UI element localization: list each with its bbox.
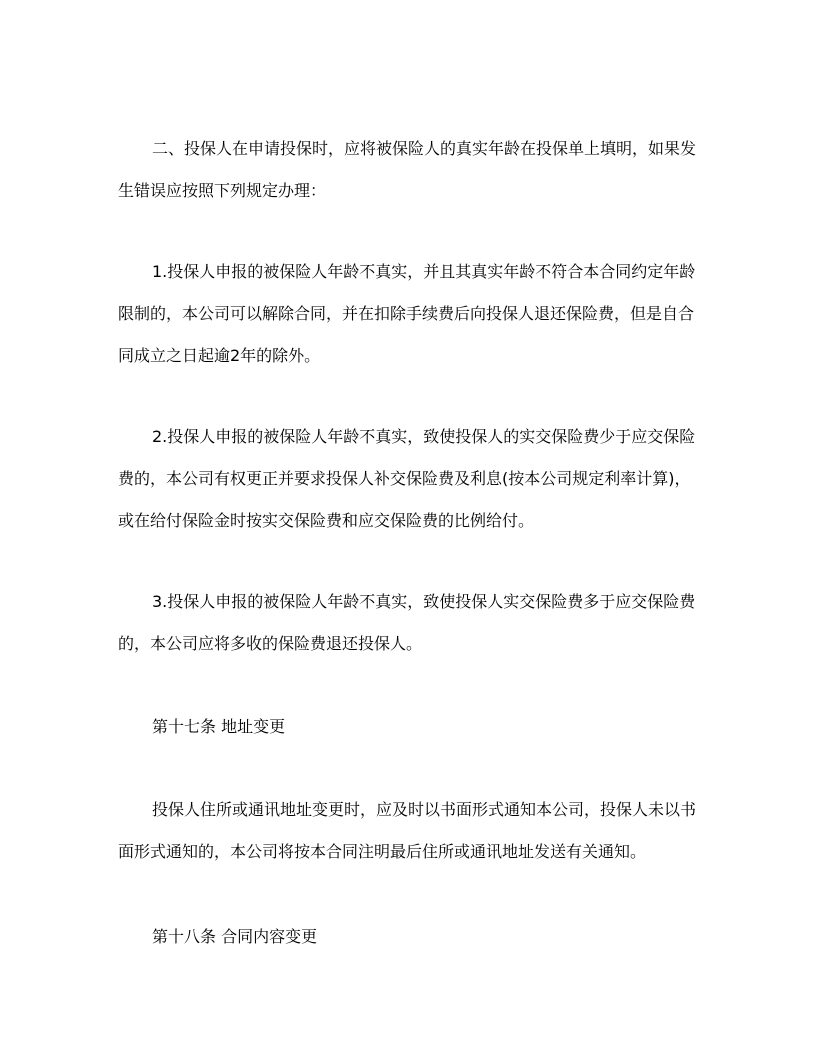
article-18-heading: 第十八条 合同内容变更	[152, 927, 317, 947]
paragraph-2-line-2: 生错误应按照下列规定办理：	[118, 181, 326, 201]
item-1-line-3: 同成立之日起逾2年的除外。	[118, 346, 320, 366]
paragraph-2-line-1: 二、投保人在申请投保时，应将被保险人的真实年龄在投保单上填明，如果发	[152, 139, 696, 159]
item-2-line-3: 或在给付保险金时按实交保险费和应交保险费的比例给付。	[118, 511, 534, 531]
item-1-line-2: 限制的，本公司可以解除合同，并在扣除手续费后向投保人退还保险费，但是自合	[118, 304, 694, 324]
item-2-line-2: 费的，本公司有权更正并要求投保人补交保险费及利息(按本公司规定利率计算)，	[118, 469, 691, 489]
item-2-line-1: 2.投保人申报的被保险人年龄不真实，致使投保人的实交保险费少于应交保险	[152, 427, 695, 447]
article-17-body-line-1: 投保人住所或通讯地址变更时，应及时以书面形式通知本公司，投保人未以书	[152, 800, 696, 820]
article-17-heading: 第十七条 地址变更	[152, 717, 285, 737]
item-3-line-1: 3.投保人申报的被保险人年龄不真实，致使投保人实交保险费多于应交保险费	[152, 592, 695, 612]
article-17-body-line-2: 面形式通知的，本公司将按本合同注明最后住所或通讯地址发送有关通知。	[118, 842, 646, 862]
item-3-line-2: 的，本公司应将多收的保险费退还投保人。	[118, 634, 422, 654]
item-1-line-1: 1.投保人申报的被保险人年龄不真实，并且其真实年龄不符合本合同约定年龄	[152, 262, 695, 282]
